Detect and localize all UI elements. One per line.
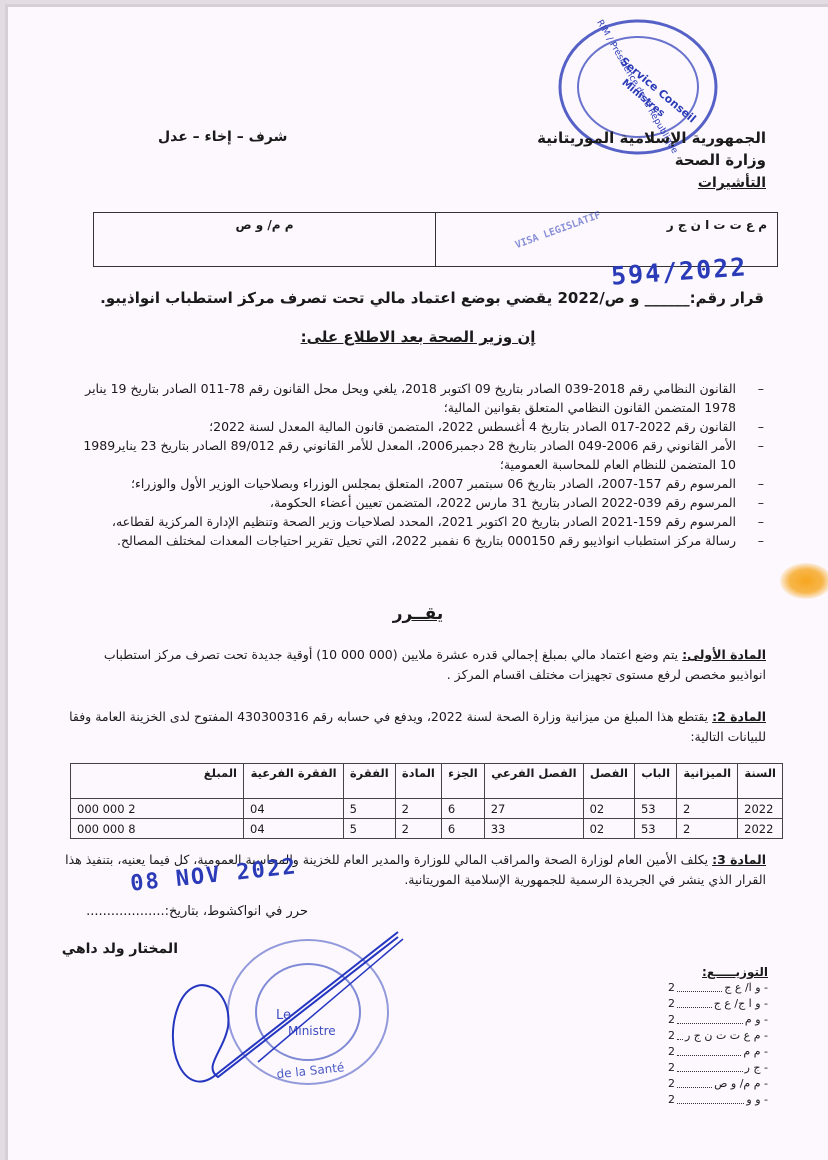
reference-item: –الأمر القانوني رقم 2006-049 الصادر بتار…: [66, 436, 766, 474]
col-subparagraph: الفقرة الفرعية: [244, 764, 344, 799]
visa-cell-financial: م م/ و ص: [94, 213, 435, 266]
distribution-item: - و و2: [668, 1093, 768, 1109]
budget-table: السنة الميزانية الباب الفصل الفصل الفرعي…: [70, 763, 783, 839]
reference-item: –القانون النظامي رقم 2018-039 الصادر بتا…: [66, 379, 766, 417]
document-page: Service Conseil Ministres RIM / Présiden…: [5, 4, 828, 1157]
written-at: حرر في انواكشوط، بتاريخ:................…: [86, 904, 308, 919]
distribution-list: التوزيـــــع: - و ا/ ع ج2 - و ا ج/ ع ج2 …: [668, 965, 768, 1109]
visas-label: التأشيرات: [698, 175, 766, 191]
distribution-title: التوزيـــــع:: [668, 965, 768, 979]
distribution-item: - م م/ و ص2: [668, 1077, 768, 1093]
col-chapter: الفصل: [583, 764, 634, 799]
reference-item: –رسالة مركز استطباب انواذيبو رقم 000150 …: [66, 531, 766, 550]
distribution-item: - م ع ت ت ن ج ر2: [668, 1029, 768, 1045]
distribution-item: - و ا ج/ ع ج2: [668, 997, 768, 1013]
col-part: الجزء: [441, 764, 484, 799]
ministry-name: وزارة الصحة: [675, 151, 766, 169]
distribution-item: - م م2: [668, 1045, 768, 1061]
col-year: السنة: [738, 764, 783, 799]
preamble-heading: إن وزير الصحة بعد الاطلاع على:: [8, 328, 828, 346]
col-title: الباب: [634, 764, 676, 799]
distribution-item: - ج ر2: [668, 1061, 768, 1077]
distribution-item: - و م2: [668, 1013, 768, 1029]
col-subchapter: الفصل الفرعي: [484, 764, 583, 799]
decides-heading: يقــرر: [8, 604, 828, 624]
svg-text:de la Santé: de la Santé: [276, 1060, 345, 1081]
distribution-item: - و ا/ ع ج2: [668, 981, 768, 997]
table-row: 2022 2 53 02 33 6 2 5 04 8 000 000: [71, 819, 783, 839]
col-budget: الميزانية: [677, 764, 738, 799]
minister-stamp-signature-icon: Le Ministre de la Santé: [158, 927, 408, 1102]
reference-item: –القانون رقم 2022-017 الصادر بتاريخ 4 أغ…: [66, 417, 766, 436]
reference-item: –المرسوم رقم 159-2021 الصادر بتاريخ 20 ا…: [66, 512, 766, 531]
reference-item: –المرسوم رقم 039-2022 الصادر بتاريخ 31 م…: [66, 493, 766, 512]
article-2: المادة 2: يقتطع هذا المبلغ من ميزانية وز…: [64, 707, 766, 747]
references-list: –القانون النظامي رقم 2018-039 الصادر بتا…: [66, 379, 766, 550]
decision-title: قرار رقم:______ و ص/2022 يقضي بوضع اعتما…: [100, 289, 764, 307]
highlighter-mark: [780, 563, 828, 599]
national-motto: شرف – إخاء – عدل: [158, 129, 287, 145]
table-row: 2022 2 53 02 27 6 2 5 04 2 000 000: [71, 799, 783, 819]
col-article: المادة: [395, 764, 441, 799]
budget-header-row: السنة الميزانية الباب الفصل الفصل الفرعي…: [71, 764, 783, 799]
article-1: المادة الأولى: يتم وضع اعتماد مالي بمبلغ…: [64, 645, 766, 685]
col-paragraph: الفقرة: [343, 764, 395, 799]
col-amount: المبلغ: [71, 764, 244, 799]
reference-item: –المرسوم رقم 157-2007، الصادر بتاريخ 06 …: [66, 474, 766, 493]
country-name: الجمهورية الإسلامية الموريتانية: [537, 129, 766, 147]
